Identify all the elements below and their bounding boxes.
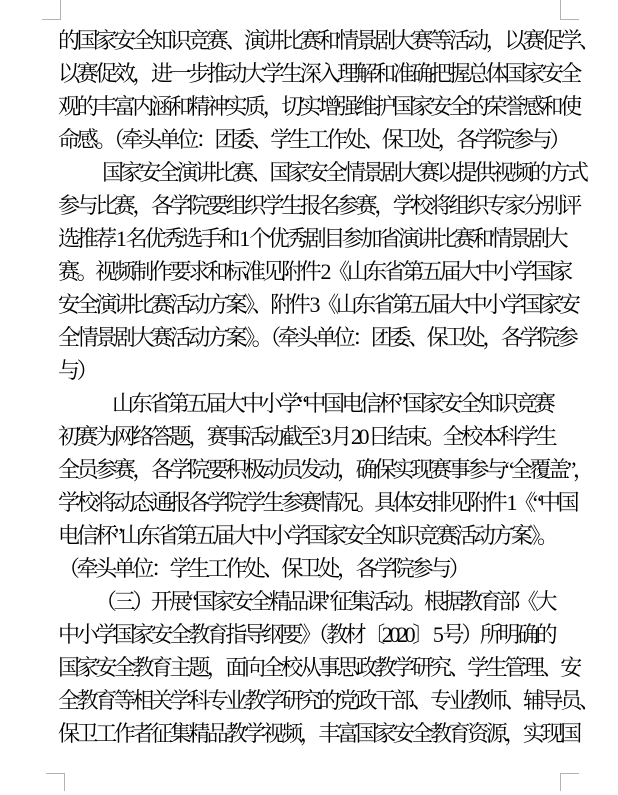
text-line: 山东省第五届大中小学“中国电信杯”国家安全知识竞赛: [112, 387, 606, 420]
crop-mark-top-left: [42, 0, 61, 20]
text-line: 国家安全教育主题，面向全校从事思政教学研究、学生管理、安: [58, 651, 606, 684]
text-line: 观的丰富内涵和精神实质，切实增强维护国家安全的荣誉感和使: [58, 90, 606, 123]
text-line: （牵头单位：学生工作处、保卫处，各学院参与）: [58, 552, 606, 585]
crop-mark-bottom-right: [560, 773, 579, 791]
text-line: 电信杯”山东省第五届大中小学国家安全知识竞赛活动方案》。: [58, 519, 606, 552]
text-line: 初赛为网络答题，赛事活动截至 3 月 20 日结束。全校本科学生: [58, 420, 606, 453]
text-line: 中小学国家安全教育指导纲要》（教材〔2020〕 5 号）所明确的: [58, 618, 606, 651]
document-body[interactable]: 的国家安全知识竞赛、演讲比赛和情景剧大赛等活动，以赛促学、 以赛促效，进一步推动…: [58, 24, 606, 750]
text-line: 与）: [58, 354, 606, 387]
text-line: （三）开展“国家安全精品课”征集活动。根据教育部《大: [95, 585, 606, 618]
text-line: 的国家安全知识竞赛、演讲比赛和情景剧大赛等活动，以赛促学、: [58, 24, 606, 57]
text-line: 全教育等相关学科专业教学研究的党政干部、专业教师、辅导员、: [58, 684, 606, 717]
text-line: 保卫工作者征集精品教学视频，丰富国家安全教育资源，实现国: [58, 717, 606, 750]
text-line: 选推荐 1 名优秀选手和 1 个优秀剧目参加省演讲比赛和情景剧大: [58, 222, 606, 255]
text-line: 赛。视频制作要求和标准见附件 2《山东省第五届大中小学国家: [58, 255, 606, 288]
crop-mark-bottom-left: [46, 773, 65, 791]
text-line: 安全演讲比赛活动方案》、附件 3《山东省第五届大中小学国家安: [58, 288, 606, 321]
text-line: 全员参赛，各学院要积极动员发动，确保实现赛事参与“全覆盖”，: [58, 453, 606, 486]
text-line: 以赛促效，进一步推动大学生深入理解和准确把握总体国家安全: [58, 57, 606, 90]
text-line: 参与比赛，各学院要组织学生报名参赛，学校将组织专家分别评: [58, 189, 606, 222]
document-page: 的国家安全知识竞赛、演讲比赛和情景剧大赛等活动，以赛促学、 以赛促效，进一步推动…: [0, 0, 618, 795]
text-line: 学校将动态通报各学院学生参赛情况。具体安排见附件 1《“中国: [58, 486, 606, 519]
text-line: 命感。（牵头单位：团委、学生工作处、保卫处，各学院参与）: [58, 123, 606, 156]
text-line: 全情景剧大赛活动方案》。（牵头单位：团委、保卫处，各学院参: [58, 321, 606, 354]
crop-mark-top-right: [560, 0, 579, 20]
text-line: 国家安全演讲比赛、国家安全情景剧大赛以提供视频的方式: [102, 156, 606, 189]
